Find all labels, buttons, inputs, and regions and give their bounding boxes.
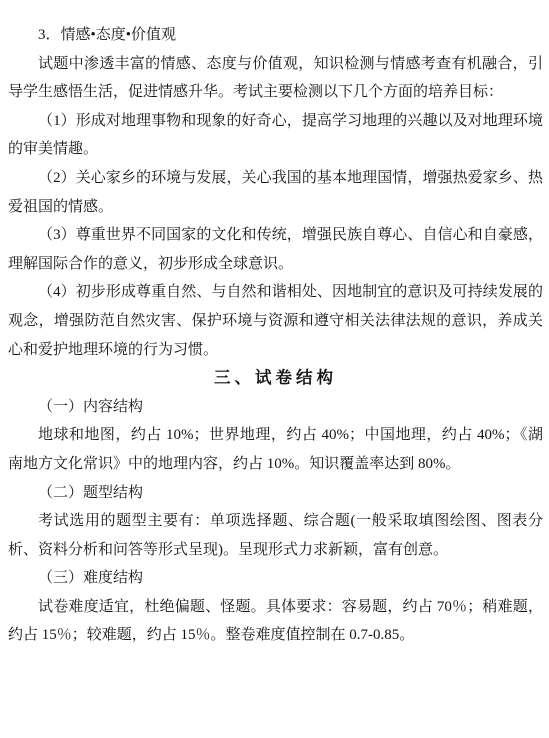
- paragraph-intro: 试题中渗透丰富的情感、态度与价值观，知识检测与情感考查有机融合，引导学生感悟生活…: [8, 50, 543, 107]
- subsection-title-content-structure: （一）内容结构: [8, 393, 543, 422]
- paragraph-goal-1: （1）形成对地理事物和现象的好奇心，提高学习地理的兴趣以及对地理环境的审美情趣。: [8, 107, 543, 164]
- paragraph-goal-3: （3）尊重世界不同国家的文化和传统，增强民族自尊心、自信心和自豪感，理解国际合作…: [8, 221, 543, 278]
- subsection-title-question-type-structure: （二）题型结构: [8, 479, 543, 508]
- paragraph-goal-4: （4）初步形成尊重自然、与自然和谐相处、因地制宜的意识及可持续发展的观念，增强防…: [8, 278, 543, 364]
- paragraph-goal-2: （2）关心家乡的环境与发展，关心我国的基本地理国情，增强热爱家乡、热爱祖国的情感…: [8, 164, 543, 221]
- paragraph-content-structure: 地球和地图，约占 10%；世界地理，约占 40%；中国地理，约占 40%；《湖南…: [8, 421, 543, 478]
- subsection-title-difficulty-structure: （三）难度结构: [8, 564, 543, 593]
- paragraph-question-type-structure: 考试选用的题型主要有：单项选择题、综合题(一般采取填图绘图、图表分析、资料分析和…: [8, 507, 543, 564]
- document-page: 3．情感•态度•价值观 试题中渗透丰富的情感、态度与价值观，知识检测与情感考查有…: [0, 0, 549, 738]
- paragraph-difficulty-structure: 试卷难度适宜，杜绝偏题、怪题。具体要求：容易题，约占 70％；稍难题，约占 15…: [8, 593, 543, 650]
- section-title-paper-structure: 三、试卷结构: [8, 364, 543, 393]
- section3-subheading: 3．情感•态度•价值观: [8, 21, 543, 50]
